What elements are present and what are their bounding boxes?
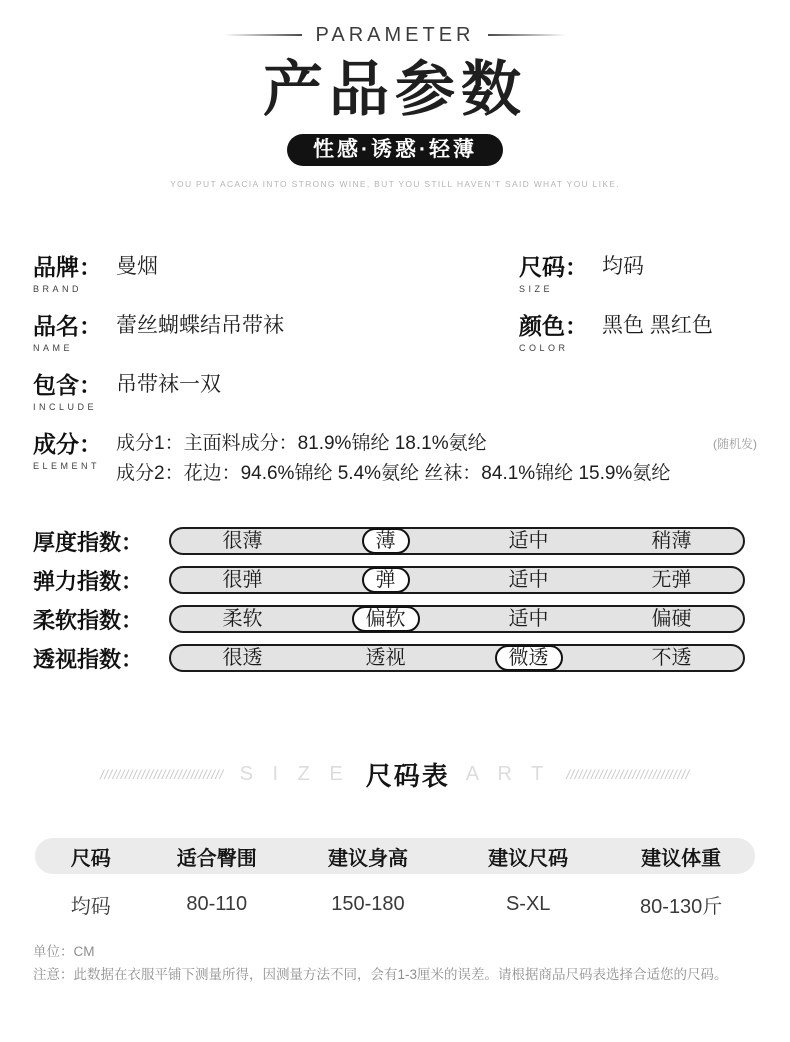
- index-option-label: 适中: [497, 608, 561, 630]
- index-option-label: 弹: [362, 567, 410, 593]
- info-term: 包含：: [33, 370, 102, 400]
- random-ship-note: (随机发): [713, 429, 757, 459]
- index-option: 很透: [171, 646, 314, 670]
- eyebrow-label: PARAMETER: [316, 24, 475, 47]
- table-data-cell: 均码: [35, 890, 147, 919]
- index-pill: 很透 透视 微透 不透: [169, 644, 745, 672]
- info-row-brand: 品牌： BRAND 曼烟: [33, 252, 519, 295]
- index-option: 适中: [457, 568, 600, 592]
- index-option-label: 不透: [640, 647, 704, 669]
- eyebrow-line-right: [488, 34, 566, 36]
- info-term-wrap: 品名： NAME: [33, 311, 102, 354]
- table-header-cell: 建议尺码: [449, 842, 607, 871]
- info-row-size: 尺码： SIZE 均码: [519, 252, 757, 295]
- info-sub-label: ELEMENT: [33, 460, 102, 472]
- index-option: 无弹: [600, 568, 743, 592]
- index-section: 厚度指数： 很薄 薄 适中 稍薄 弹力指数： 很弹 弹 适中 无弹 柔软指数： …: [0, 527, 790, 672]
- index-option: 偏硬: [600, 607, 743, 631]
- index-option-label: 偏硬: [640, 608, 704, 630]
- index-option-label: 偏软: [352, 606, 420, 632]
- tagline-banner: 性感·诱惑·轻薄: [287, 134, 503, 166]
- info-term-wrap: 成分： ELEMENT: [33, 429, 102, 472]
- index-label: 厚度指数：: [33, 526, 169, 557]
- info-row-color: 颜色： COLOR 黑色 黑红色: [519, 311, 757, 354]
- info-sub-label: INCLUDE: [33, 401, 102, 413]
- index-pill: 很弹 弹 适中 无弹: [169, 566, 745, 594]
- table-data-row: 均码 80-110 150-180 S-XL 80-130斤: [35, 882, 755, 926]
- element-lines: 成分1：主面料成分：81.9%锦纶 18.1%氨纶 (随机发) 成分2：花边：9…: [116, 429, 757, 489]
- index-option: 薄: [314, 529, 457, 553]
- index-option: 很薄: [171, 529, 314, 553]
- index-option-label: 适中: [497, 569, 561, 591]
- table-header-cell: 建议身高: [287, 842, 449, 871]
- info-term-wrap: 包含： INCLUDE: [33, 370, 102, 413]
- index-row-elasticity: 弹力指数： 很弹 弹 适中 无弹: [33, 566, 745, 594]
- info-row-include: 包含： INCLUDE 吊带袜一双: [33, 370, 519, 413]
- index-option-label: 很弹: [211, 569, 275, 591]
- index-row-transparency: 透视指数： 很透 透视 微透 不透: [33, 644, 745, 672]
- table-header-row: 尺码 适合臀围 建议身高 建议尺码 建议体重: [35, 838, 755, 874]
- index-label: 柔软指数：: [33, 604, 169, 635]
- english-caption: YOU PUT ACACIA INTO STRONG WINE, BUT YOU…: [0, 179, 790, 190]
- info-value: 曼烟: [116, 252, 158, 282]
- index-row-softness: 柔软指数： 柔软 偏软 适中 偏硬: [33, 605, 745, 633]
- info-row-element: 成分： ELEMENT 成分1：主面料成分：81.9%锦纶 18.1%氨纶 (随…: [33, 429, 757, 489]
- index-option: 稍薄: [600, 529, 743, 553]
- info-column-left: 品牌： BRAND 曼烟 品名： NAME 蕾丝蝴蝶结吊带袜 包含： INCLU: [33, 252, 519, 429]
- index-option-label: 薄: [362, 528, 410, 554]
- table-header-cell: 尺码: [35, 842, 147, 871]
- index-option-label: 柔软: [211, 608, 275, 630]
- table-data-cell: 150-180: [287, 893, 449, 916]
- index-pill: 很薄 薄 适中 稍薄: [169, 527, 745, 555]
- size-chart-title: 尺码表: [366, 756, 450, 793]
- watermark-art: A R T: [466, 763, 551, 786]
- index-option-label: 很薄: [211, 530, 275, 552]
- slashes-right: //////////////////////////////: [566, 767, 689, 782]
- index-option-label: 很透: [211, 647, 275, 669]
- info-term: 品名：: [33, 311, 102, 341]
- index-option-label: 无弹: [640, 569, 704, 591]
- element-line-1: 成分1：主面料成分：81.9%锦纶 18.1%氨纶 (随机发): [116, 429, 757, 459]
- notes-section: 单位：CM 注意：此数据在衣服平铺下测量所得，因测量方法不同，会有1-3厘米的误…: [0, 940, 790, 986]
- info-section: 品牌： BRAND 曼烟 品名： NAME 蕾丝蝴蝶结吊带袜 包含： INCLU: [0, 252, 790, 489]
- info-term: 尺码：: [519, 252, 588, 282]
- size-chart-divider: ////////////////////////////// S I Z E 尺…: [0, 758, 790, 790]
- table-header-cell: 适合臀围: [147, 842, 287, 871]
- info-value: 蕾丝蝴蝶结吊带袜: [116, 311, 284, 341]
- index-option-label: 稍薄: [640, 530, 704, 552]
- index-option-label: 适中: [497, 530, 561, 552]
- info-term-wrap: 颜色： COLOR: [519, 311, 588, 354]
- index-option-label: 透视: [354, 647, 418, 669]
- index-option-label: 微透: [495, 645, 563, 671]
- header-section: PARAMETER 产品参数 性感·诱惑·轻薄 YOU PUT ACACIA I…: [0, 0, 790, 190]
- info-grid: 品牌： BRAND 曼烟 品名： NAME 蕾丝蝴蝶结吊带袜 包含： INCLU: [33, 252, 757, 429]
- table-data-cell: S-XL: [449, 893, 607, 916]
- page-title: 产品参数: [0, 56, 790, 124]
- info-term-wrap: 尺码： SIZE: [519, 252, 588, 295]
- info-value: 均码: [602, 252, 644, 282]
- eyebrow-line-left: [224, 34, 302, 36]
- info-value: 吊带袜一双: [116, 370, 221, 400]
- unit-note: 单位：CM: [33, 940, 757, 963]
- info-value: 黑色 黑红色: [602, 311, 713, 341]
- index-pill: 柔软 偏软 适中 偏硬: [169, 605, 745, 633]
- info-sub-label: SIZE: [519, 283, 588, 295]
- index-label: 透视指数：: [33, 643, 169, 674]
- element-line-1-text: 成分1：主面料成分：81.9%锦纶 18.1%氨纶: [116, 429, 487, 459]
- info-sub-label: COLOR: [519, 342, 588, 354]
- watermark-size: S I Z E: [240, 763, 350, 786]
- table-data-cell: 80-130斤: [607, 890, 755, 919]
- index-option: 柔软: [171, 607, 314, 631]
- table-header-cell: 建议体重: [607, 842, 755, 871]
- element-line-2: 成分2：花边：94.6%锦纶 5.4%氨纶 丝袜：84.1%锦纶 15.9%氨纶: [116, 459, 757, 489]
- index-option: 微透: [457, 646, 600, 670]
- index-option: 不透: [600, 646, 743, 670]
- info-sub-label: NAME: [33, 342, 102, 354]
- size-table: 尺码 适合臀围 建议身高 建议尺码 建议体重 均码 80-110 150-180…: [0, 838, 790, 926]
- info-term: 成分：: [33, 429, 102, 459]
- parameter-eyebrow: PARAMETER: [0, 24, 790, 46]
- info-column-right: 尺码： SIZE 均码 颜色： COLOR 黑色 黑红色: [519, 252, 757, 429]
- index-option: 偏软: [314, 607, 457, 631]
- table-data-cell: 80-110: [147, 893, 287, 916]
- index-option: 透视: [314, 646, 457, 670]
- index-option: 很弹: [171, 568, 314, 592]
- slashes-left: //////////////////////////////: [100, 767, 223, 782]
- index-option: 适中: [457, 607, 600, 631]
- info-row-name: 品名： NAME 蕾丝蝴蝶结吊带袜: [33, 311, 519, 354]
- info-term-wrap: 品牌： BRAND: [33, 252, 102, 295]
- info-term: 颜色：: [519, 311, 588, 341]
- info-term: 品牌：: [33, 252, 102, 282]
- info-sub-label: BRAND: [33, 283, 102, 295]
- index-option: 适中: [457, 529, 600, 553]
- measurement-note: 注意：此数据在衣服平铺下测量所得，因测量方法不同，会有1-3厘米的误差。请根据商…: [33, 963, 757, 986]
- index-row-thickness: 厚度指数： 很薄 薄 适中 稍薄: [33, 527, 745, 555]
- index-option: 弹: [314, 568, 457, 592]
- index-label: 弹力指数：: [33, 565, 169, 596]
- product-parameter-page: PARAMETER 产品参数 性感·诱惑·轻薄 YOU PUT ACACIA I…: [0, 0, 790, 1042]
